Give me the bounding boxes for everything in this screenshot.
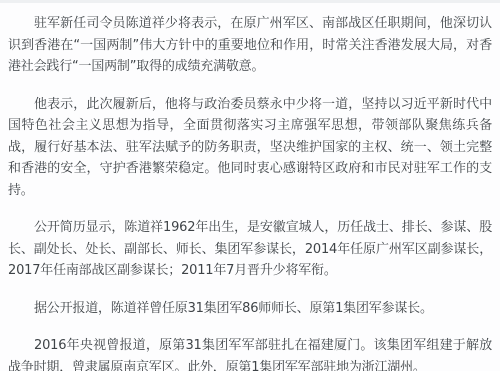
paragraph-3: 公开简历显示，陈道祥1962年出生，是安徽宣城人，历任战士、排长、参谋、股长、副… (8, 217, 492, 282)
paragraph-1: 驻军新任司令员陈道祥少将表示，在原广州军区、南部战区任职期间，他深切认识到香港在… (8, 13, 492, 78)
article-body: 驻军新任司令员陈道祥少将表示，在原广州军区、南部战区任职期间，他深切认识到香港在… (0, 3, 500, 371)
paragraph-2: 他表示，此次履新后，他将与政治委员蔡永中少将一道，坚持以习近平新时代中国特色社会… (8, 94, 492, 202)
paragraph-5: 2016年央视曾报道，原第31集团军军部驻扎在福建厦门。该集团军组建于解放战争时… (8, 335, 492, 371)
paragraph-4: 据公开报道，陈道祥曾任原31集团军86师师长、原第1集团军参谋长。 (8, 298, 492, 320)
article-page: 驻军新任司令员陈道祥少将表示，在原广州军区、南部战区任职期间，他深切认识到香港在… (0, 0, 500, 371)
